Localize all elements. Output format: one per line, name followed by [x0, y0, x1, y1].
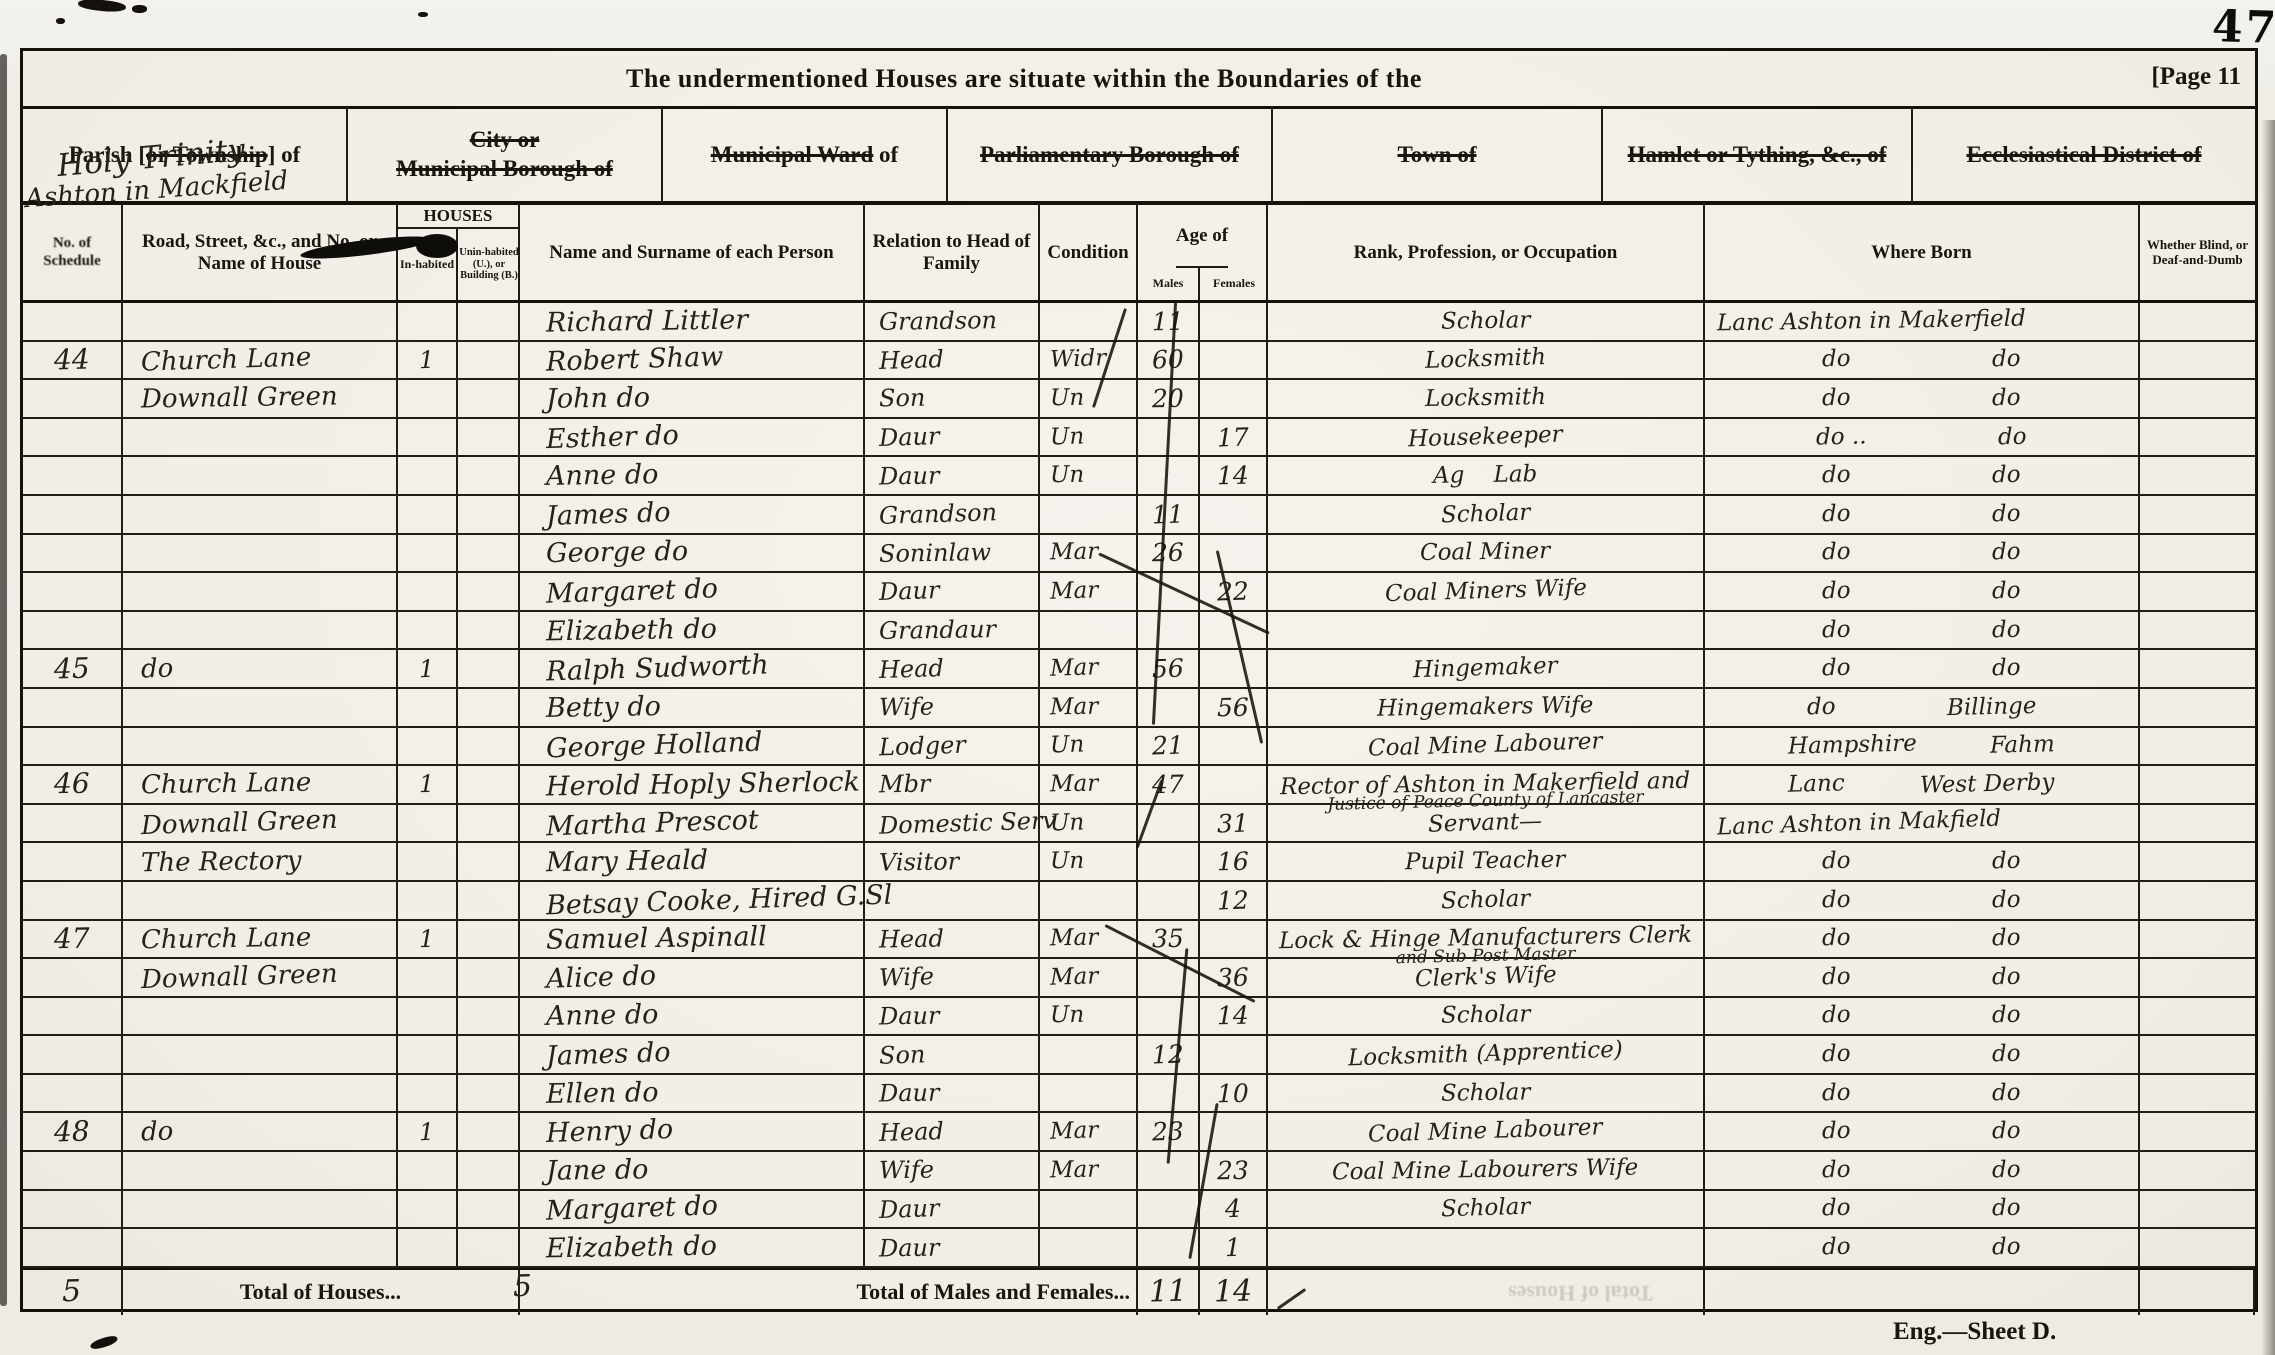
handwritten-value: Scholar — [1440, 1196, 1530, 1222]
cell-blind — [2140, 457, 2255, 494]
cell-sched — [23, 535, 123, 572]
handwritten-value: 21 — [1152, 733, 1185, 759]
cell-rel: Domestic Serv — [865, 805, 1040, 842]
handwritten-value: do — [1822, 966, 1851, 990]
cell-uninh — [458, 380, 520, 417]
handwritten-value: Alice do — [546, 962, 657, 992]
cell-f: 4 — [1200, 1191, 1268, 1228]
handwritten-value: Daur — [879, 1081, 940, 1106]
handwritten-value: James do — [546, 1039, 671, 1070]
cell-occ: Hingemakers Wife — [1268, 689, 1705, 726]
cell-street: Downall Green — [123, 380, 398, 417]
cell-born: dodo — [1705, 1229, 2140, 1266]
cell-cond: Un — [1040, 457, 1138, 494]
handwritten-value: Ellen do — [546, 1079, 659, 1108]
table-row: 47Church Lane1Samuel AspinallHeadMar35Lo… — [23, 921, 2255, 960]
table-row: 46Church Lane1Herold Hoply SherlockMbrMa… — [23, 766, 2255, 805]
handwritten-value: do — [1822, 1081, 1851, 1105]
cell-street: Downall Green — [123, 805, 398, 842]
cell-name: Mary Heald — [520, 843, 865, 880]
handwritten-value: 12 — [1217, 887, 1250, 913]
cell-uninh — [458, 921, 520, 958]
totals-row: 5 Total of Houses... 5 Total of Males an… — [23, 1268, 2255, 1315]
handwritten-value: do — [141, 1118, 174, 1145]
handwritten-value: do — [1822, 1004, 1851, 1028]
census-page-scan: 47 The undermentioned Houses are situate… — [0, 0, 2275, 1355]
cell-name: Robert Shaw — [520, 342, 865, 379]
totals-schedule-cell: 5 — [23, 1270, 123, 1315]
handwritten-value: do — [1992, 850, 2021, 874]
cell-blind — [2140, 1113, 2255, 1150]
handwritten-value: Locksmith — [1425, 346, 1547, 373]
colhead-blind: Whether Blind, or Deaf-and-Dumb — [2140, 205, 2255, 300]
handwritten-value: Margaret do — [546, 575, 719, 607]
handwritten-value: Billinge — [1947, 695, 2037, 720]
cell-inh — [398, 1075, 458, 1112]
cell-f — [1200, 766, 1268, 803]
cell-f — [1200, 342, 1268, 379]
handwritten-value: Scholar — [1441, 1004, 1531, 1028]
cell-name: Martha Prescot — [520, 805, 865, 842]
totals-houses-cell: Total of Houses... 5 — [123, 1270, 520, 1315]
cell-uninh — [458, 1075, 520, 1112]
cell-born: Lanc Ashton in Makfield — [1705, 805, 2140, 842]
cell-born: dodo — [1705, 1191, 2140, 1228]
cell-uninh — [458, 1229, 520, 1266]
cell-cond — [1040, 1075, 1138, 1112]
cell-m — [1138, 959, 1200, 996]
cell-street — [123, 1075, 398, 1112]
table-row: Downall GreenJohn doSonUn20Locksmithdodo — [23, 380, 2255, 419]
handwritten-value: 1 — [419, 927, 435, 951]
cell-name: Betsay Cooke, Hired G.Sl — [520, 882, 865, 919]
colhead-age: Age of Males Females — [1138, 205, 1268, 300]
cell-street — [123, 882, 398, 919]
cell-blind — [2140, 419, 2255, 456]
cell-occ: Locksmith (Apprentice) — [1268, 1036, 1705, 1073]
table-row: Anne doDaurUn14Scholardodo — [23, 998, 2255, 1037]
handwritten-value: Robert Shaw — [546, 344, 724, 377]
scan-edge-right — [2261, 120, 2275, 1355]
cell-f: 12 — [1200, 882, 1268, 919]
cell-m — [1138, 843, 1200, 880]
cell-street: The Rectory — [123, 843, 398, 880]
cell-sched — [23, 1152, 123, 1189]
cell-rel: Daur — [865, 1229, 1040, 1266]
cell-uninh — [458, 612, 520, 649]
cell-born: dodo — [1705, 573, 2140, 610]
cell-born: dodo — [1705, 921, 2140, 958]
handwritten-value: Betty do — [546, 693, 661, 722]
handwritten-value: Daur — [879, 1235, 940, 1260]
handwritten-value: Daur — [879, 424, 940, 450]
cell-blind — [2140, 1075, 2255, 1112]
handwritten-value: Anne do — [546, 1002, 659, 1031]
cell-cond — [1040, 1229, 1138, 1266]
handwritten-value: Coal Mine Labourer — [1368, 1117, 1603, 1147]
cell-f: 31 — [1200, 805, 1268, 842]
handwritten-value: Fahm — [1990, 734, 2055, 759]
handwritten-value: Herold Hoply Sherlock — [546, 768, 860, 800]
handwritten-value: do — [1992, 966, 2021, 990]
cell-street — [123, 612, 398, 649]
cell-rel: Wife — [865, 689, 1040, 726]
cell-name: Anne do — [520, 457, 865, 494]
handwritten-value: Grandson — [879, 308, 997, 334]
cell-inh — [398, 303, 458, 340]
cell-rel: Lodger — [865, 728, 1040, 765]
handwritten-value: Pupil Teacher — [1405, 849, 1566, 875]
cell-uninh — [458, 882, 520, 919]
cell-born: dodo — [1705, 612, 2140, 649]
cell-sched: 45 — [23, 650, 123, 687]
cell-f — [1200, 921, 1268, 958]
cell-occ — [1268, 612, 1705, 649]
cell-sched — [23, 689, 123, 726]
cell-uninh — [458, 1191, 520, 1228]
cell-rel: Grandson — [865, 303, 1040, 340]
cell-occ: Scholar — [1268, 1075, 1705, 1112]
cell-blind — [2140, 766, 2255, 803]
handwritten-value: Head — [879, 347, 945, 373]
cell-uninh — [458, 766, 520, 803]
handwritten-value: 23 — [1217, 1158, 1249, 1183]
cell-blind — [2140, 1152, 2255, 1189]
table-row: Margaret doDaurMar22Coal Miners Wifedodo — [23, 573, 2255, 612]
table-row: George doSoninlawMar26Coal Minerdodo — [23, 535, 2255, 574]
handwritten-value: Mar — [1050, 656, 1099, 681]
cell-inh — [398, 380, 458, 417]
cell-sched: 47 — [23, 921, 123, 958]
handwritten-value: 35 — [1152, 926, 1184, 951]
handwritten-value: George do — [546, 538, 689, 567]
table-row: Richard LittlerGrandson11ScholarLanc Ash… — [23, 303, 2255, 342]
totals-born-cell — [1705, 1270, 2140, 1315]
cell-born: dodo — [1705, 1036, 2140, 1073]
cell-born: dodo — [1705, 998, 2140, 1035]
cell-uninh — [458, 342, 520, 379]
cell-born: dodo — [1705, 843, 2140, 880]
cell-rel: Daur — [865, 998, 1040, 1035]
cell-born: doBillinge — [1705, 689, 2140, 726]
cell-m — [1138, 998, 1200, 1035]
table-row: The RectoryMary HealdVisitorUn16Pupil Te… — [23, 843, 2255, 882]
cell-cond: Mar — [1040, 650, 1138, 687]
cell-rel: Son — [865, 380, 1040, 417]
handwritten-value: Church Lane — [141, 770, 312, 799]
cell-blind — [2140, 1036, 2255, 1073]
table-row: Anne doDaurUn14Ag Labdodo — [23, 457, 2255, 496]
handwritten-value: do — [1822, 1159, 1851, 1183]
ink-smudge — [416, 234, 458, 258]
table-row: George HollandLodgerUn21Coal Mine Labour… — [23, 728, 2255, 767]
handwritten-value: Head — [879, 926, 944, 951]
colhead-uninhabited: Unin-habited (U.), or Building (B.) — [458, 229, 520, 300]
handwritten-value: Daur — [879, 463, 940, 488]
handwritten-value: Mar — [1050, 773, 1099, 797]
cell-uninh — [458, 998, 520, 1035]
cell-blind — [2140, 689, 2255, 726]
cell-cond: Mar — [1040, 1152, 1138, 1189]
handwritten-value: do — [1822, 1043, 1851, 1067]
cell-cond: Un — [1040, 419, 1138, 456]
cell-cond: Un — [1040, 805, 1138, 842]
cell-sched — [23, 805, 123, 842]
cell-cond — [1040, 496, 1138, 533]
totals-rank-cell: Total of Houses — [1268, 1270, 1705, 1315]
handwritten-value: Betsay Cooke, Hired G.Sl — [546, 881, 893, 919]
handwritten-value: do — [1822, 657, 1851, 681]
cell-street: Downall Green — [123, 959, 398, 996]
cell-sched — [23, 1229, 123, 1266]
cell-inh — [398, 1229, 458, 1266]
handwritten-value: Coal Miners Wife — [1384, 577, 1587, 606]
cell-cond: Mar — [1040, 1113, 1138, 1150]
cell-m: 21 — [1138, 728, 1200, 765]
cell-name: James do — [520, 1036, 865, 1073]
cell-blind — [2140, 998, 2255, 1035]
cell-inh — [398, 1152, 458, 1189]
cell-name: Margaret do — [520, 1191, 865, 1228]
handwritten-value: Scholar — [1440, 887, 1530, 913]
table-row: Jane doWifeMar23Coal Mine Labourers Wife… — [23, 1152, 2255, 1191]
cell-f: 10 — [1200, 1075, 1268, 1112]
cell-born: dodo — [1705, 1152, 2140, 1189]
cell-f — [1200, 380, 1268, 417]
handwritten-value: Widr — [1050, 348, 1107, 373]
cell-street — [123, 535, 398, 572]
handwritten-value: Wife — [879, 695, 934, 720]
cell-uninh — [458, 650, 520, 687]
cell-f: 1 — [1200, 1229, 1268, 1266]
cell-blind — [2140, 1229, 2255, 1266]
handwritten-value: do — [1822, 1120, 1851, 1144]
cell-uninh — [458, 959, 520, 996]
cell-m: 56 — [1138, 650, 1200, 687]
handwritten-value: 60 — [1152, 347, 1185, 373]
cell-inh — [398, 1036, 458, 1073]
cell-rel: Head — [865, 342, 1040, 379]
cell-inh — [398, 998, 458, 1035]
handwritten-value: do — [1992, 618, 2021, 642]
handwritten-value: Ralph Sudworth — [546, 652, 769, 686]
handwritten-value: Son — [879, 1042, 926, 1067]
table-row: 45do1Ralph SudworthHeadMar56Hingemakerdo… — [23, 650, 2255, 689]
cell-m — [1138, 882, 1200, 919]
cell-blind — [2140, 843, 2255, 880]
handwritten-value: Mbr — [879, 772, 931, 797]
handwritten-value: Lanc Ashton in Makfield — [1717, 807, 2002, 839]
cell-name: John do — [520, 380, 865, 417]
cell-uninh — [458, 1113, 520, 1150]
table-row: Ellen doDaur10Scholardodo — [23, 1075, 2255, 1114]
cell-rel: Visitor — [865, 843, 1040, 880]
cell-inh — [398, 535, 458, 572]
handwritten-value: Un — [1050, 811, 1085, 835]
cell-sched — [23, 380, 123, 417]
handwritten-value: do — [1998, 425, 2027, 449]
cell-born: dodo — [1705, 882, 2140, 919]
handwritten-value: Samuel Aspinall — [546, 924, 767, 954]
handwritten-value: Un — [1050, 734, 1085, 758]
cell-name: Elizabeth do — [520, 1229, 865, 1266]
cell-rel: Son — [865, 1036, 1040, 1073]
cell-occ: Scholar — [1268, 1191, 1705, 1228]
bleed-through-text: Total of Houses — [1508, 1280, 1653, 1306]
handwritten-value: 1 — [419, 1120, 435, 1144]
handwritten-value: Lodger — [879, 732, 967, 759]
handwritten-value: do — [1822, 850, 1851, 874]
cell-inh: 1 — [398, 766, 458, 803]
cell-sched — [23, 882, 123, 919]
cell-name: Ralph Sudworth — [520, 650, 865, 687]
cell-born: dodo — [1705, 457, 2140, 494]
cell-rel: Head — [865, 650, 1040, 687]
cell-cond: Un — [1040, 380, 1138, 417]
cell-name: Samuel Aspinall — [520, 921, 865, 958]
cell-cond — [1040, 1036, 1138, 1073]
cell-inh — [398, 1191, 458, 1228]
cell-cond: Mar — [1040, 573, 1138, 610]
handwritten-value: Church Lane — [141, 344, 312, 375]
cell-occ: Locksmith — [1268, 380, 1705, 417]
handwritten-value: Head — [879, 656, 945, 682]
cell-occ: Coal Mine Labourer — [1268, 1113, 1705, 1150]
cell-m — [1138, 457, 1200, 494]
handwritten-value: Un — [1050, 850, 1085, 874]
handwritten-value: do — [1992, 1197, 2021, 1221]
cell-inh — [398, 457, 458, 494]
cell-m: 47 — [1138, 766, 1200, 803]
handwritten-value: do — [1822, 888, 1851, 912]
cell-name: Alice do — [520, 959, 865, 996]
cell-blind — [2140, 380, 2255, 417]
cell-born: dodo — [1705, 1075, 2140, 1112]
handwritten-value: Martha Prescot — [546, 806, 759, 840]
cell-sched — [23, 1075, 123, 1112]
cell-occ: Coal Mine Labourer — [1268, 728, 1705, 765]
cell-blind — [2140, 882, 2255, 919]
handwritten-value: Daur — [879, 1196, 940, 1222]
handwritten-value: do — [1822, 927, 1851, 951]
handwritten-value: do — [1822, 1197, 1851, 1221]
cell-m: 26 — [1138, 535, 1200, 572]
cell-born: dodo — [1705, 1113, 2140, 1150]
handwritten-value: 46 — [54, 770, 90, 799]
colhead-condition: Condition — [1040, 205, 1138, 300]
cell-f — [1200, 303, 1268, 340]
handwritten-value: Head — [879, 1119, 945, 1145]
cell-cond: Widr — [1040, 342, 1138, 379]
handwritten-value: do — [1822, 1236, 1851, 1260]
cell-sched: 48 — [23, 1113, 123, 1150]
colhead-born: Where Born — [1705, 205, 2140, 300]
boundary-header-row: Parish [or Township] of Holy Trinity Ash… — [23, 109, 2255, 205]
table-row: James doGrandson11Scholardodo — [23, 496, 2255, 535]
cell-street — [123, 496, 398, 533]
cell-inh: 1 — [398, 342, 458, 379]
handwritten-value: Esther do — [546, 421, 680, 452]
ward-label: Municipal Ward of — [711, 141, 898, 170]
totals-males-females-label-cell: Total of Males and Females... — [520, 1270, 1138, 1315]
cell-sched — [23, 303, 123, 340]
handwritten-value: Grandaur — [879, 617, 996, 643]
cell-name: Esther do — [520, 419, 865, 456]
handwritten-value: do — [1992, 1120, 2021, 1144]
handwritten-value: Son — [879, 386, 926, 411]
cell-street: Church Lane — [123, 921, 398, 958]
ink-speck — [56, 18, 65, 24]
handwritten-value: Coal Mine Labourer — [1368, 731, 1603, 761]
handwritten-value: 56 — [1217, 694, 1249, 719]
table-row: 44Church Lane1Robert ShawHeadWidr60Locks… — [23, 342, 2255, 381]
handwritten-value: Daur — [879, 1004, 940, 1029]
cell-sched — [23, 419, 123, 456]
cell-inh — [398, 612, 458, 649]
handwritten-value: do .. — [1816, 425, 1867, 449]
handwritten-value: do — [1992, 387, 2021, 411]
table-row: Elizabeth doGrandaurdodo — [23, 612, 2255, 651]
handwritten-value: Scholar — [1440, 501, 1530, 527]
cell-blind — [2140, 1191, 2255, 1228]
handwritten-value: Locksmith (Apprentice) — [1348, 1039, 1623, 1071]
handwritten-value: do — [1992, 1081, 2021, 1105]
handwritten-value: Henry do — [546, 1116, 674, 1147]
colhead-name: Name and Surname of each Person — [520, 205, 865, 300]
totals-females-cell: 14 — [1200, 1270, 1268, 1315]
handwritten-value: Mar — [1050, 927, 1099, 951]
ink-speck — [132, 5, 147, 13]
cell-inh: 1 — [398, 650, 458, 687]
handwritten-value: Scholar — [1441, 309, 1531, 333]
handwritten-value: Locksmith — [1425, 386, 1546, 411]
cell-street — [123, 419, 398, 456]
cell-occ: Ag Lab — [1268, 457, 1705, 494]
handwritten-value: 11 — [1152, 501, 1185, 527]
cell-sched: 46 — [23, 766, 123, 803]
handwritten-value: do — [1822, 348, 1851, 372]
handwritten-value: Mar — [1050, 541, 1099, 565]
cell-cond — [1040, 882, 1138, 919]
colhead-schedule: No. of Schedule — [23, 205, 123, 300]
cell-blind — [2140, 535, 2255, 572]
cell-rel: Daur — [865, 1075, 1040, 1112]
handwritten-value: 17 — [1217, 424, 1250, 450]
sheet-label: Eng.—Sheet D. — [1893, 1318, 2056, 1346]
handwritten-value: The Rectory — [141, 847, 302, 876]
cell-f — [1200, 535, 1268, 572]
cell-street: Church Lane — [123, 766, 398, 803]
cell-street — [123, 573, 398, 610]
cell-sched — [23, 573, 123, 610]
cell-sched: 44 — [23, 342, 123, 379]
table-title-row: The undermentioned Houses are situate wi… — [23, 51, 2255, 109]
cell-uninh — [458, 535, 520, 572]
handwritten-value: do — [1822, 464, 1851, 488]
cell-uninh — [458, 303, 520, 340]
table-row: Esther doDaurUn17Housekeeperdo ..do — [23, 419, 2255, 458]
cell-uninh — [458, 728, 520, 765]
cell-inh — [398, 573, 458, 610]
handwritten-value: Grandson — [879, 500, 998, 528]
table-row: James doSon12Locksmith (Apprentice)dodo — [23, 1036, 2255, 1075]
handwritten-value: James do — [546, 499, 671, 530]
cell-blind — [2140, 728, 2255, 765]
cell-blind — [2140, 921, 2255, 958]
cell-sched — [23, 612, 123, 649]
handwritten-value: Margaret do — [546, 1193, 719, 1225]
handwritten-value: do — [1992, 1043, 2021, 1067]
